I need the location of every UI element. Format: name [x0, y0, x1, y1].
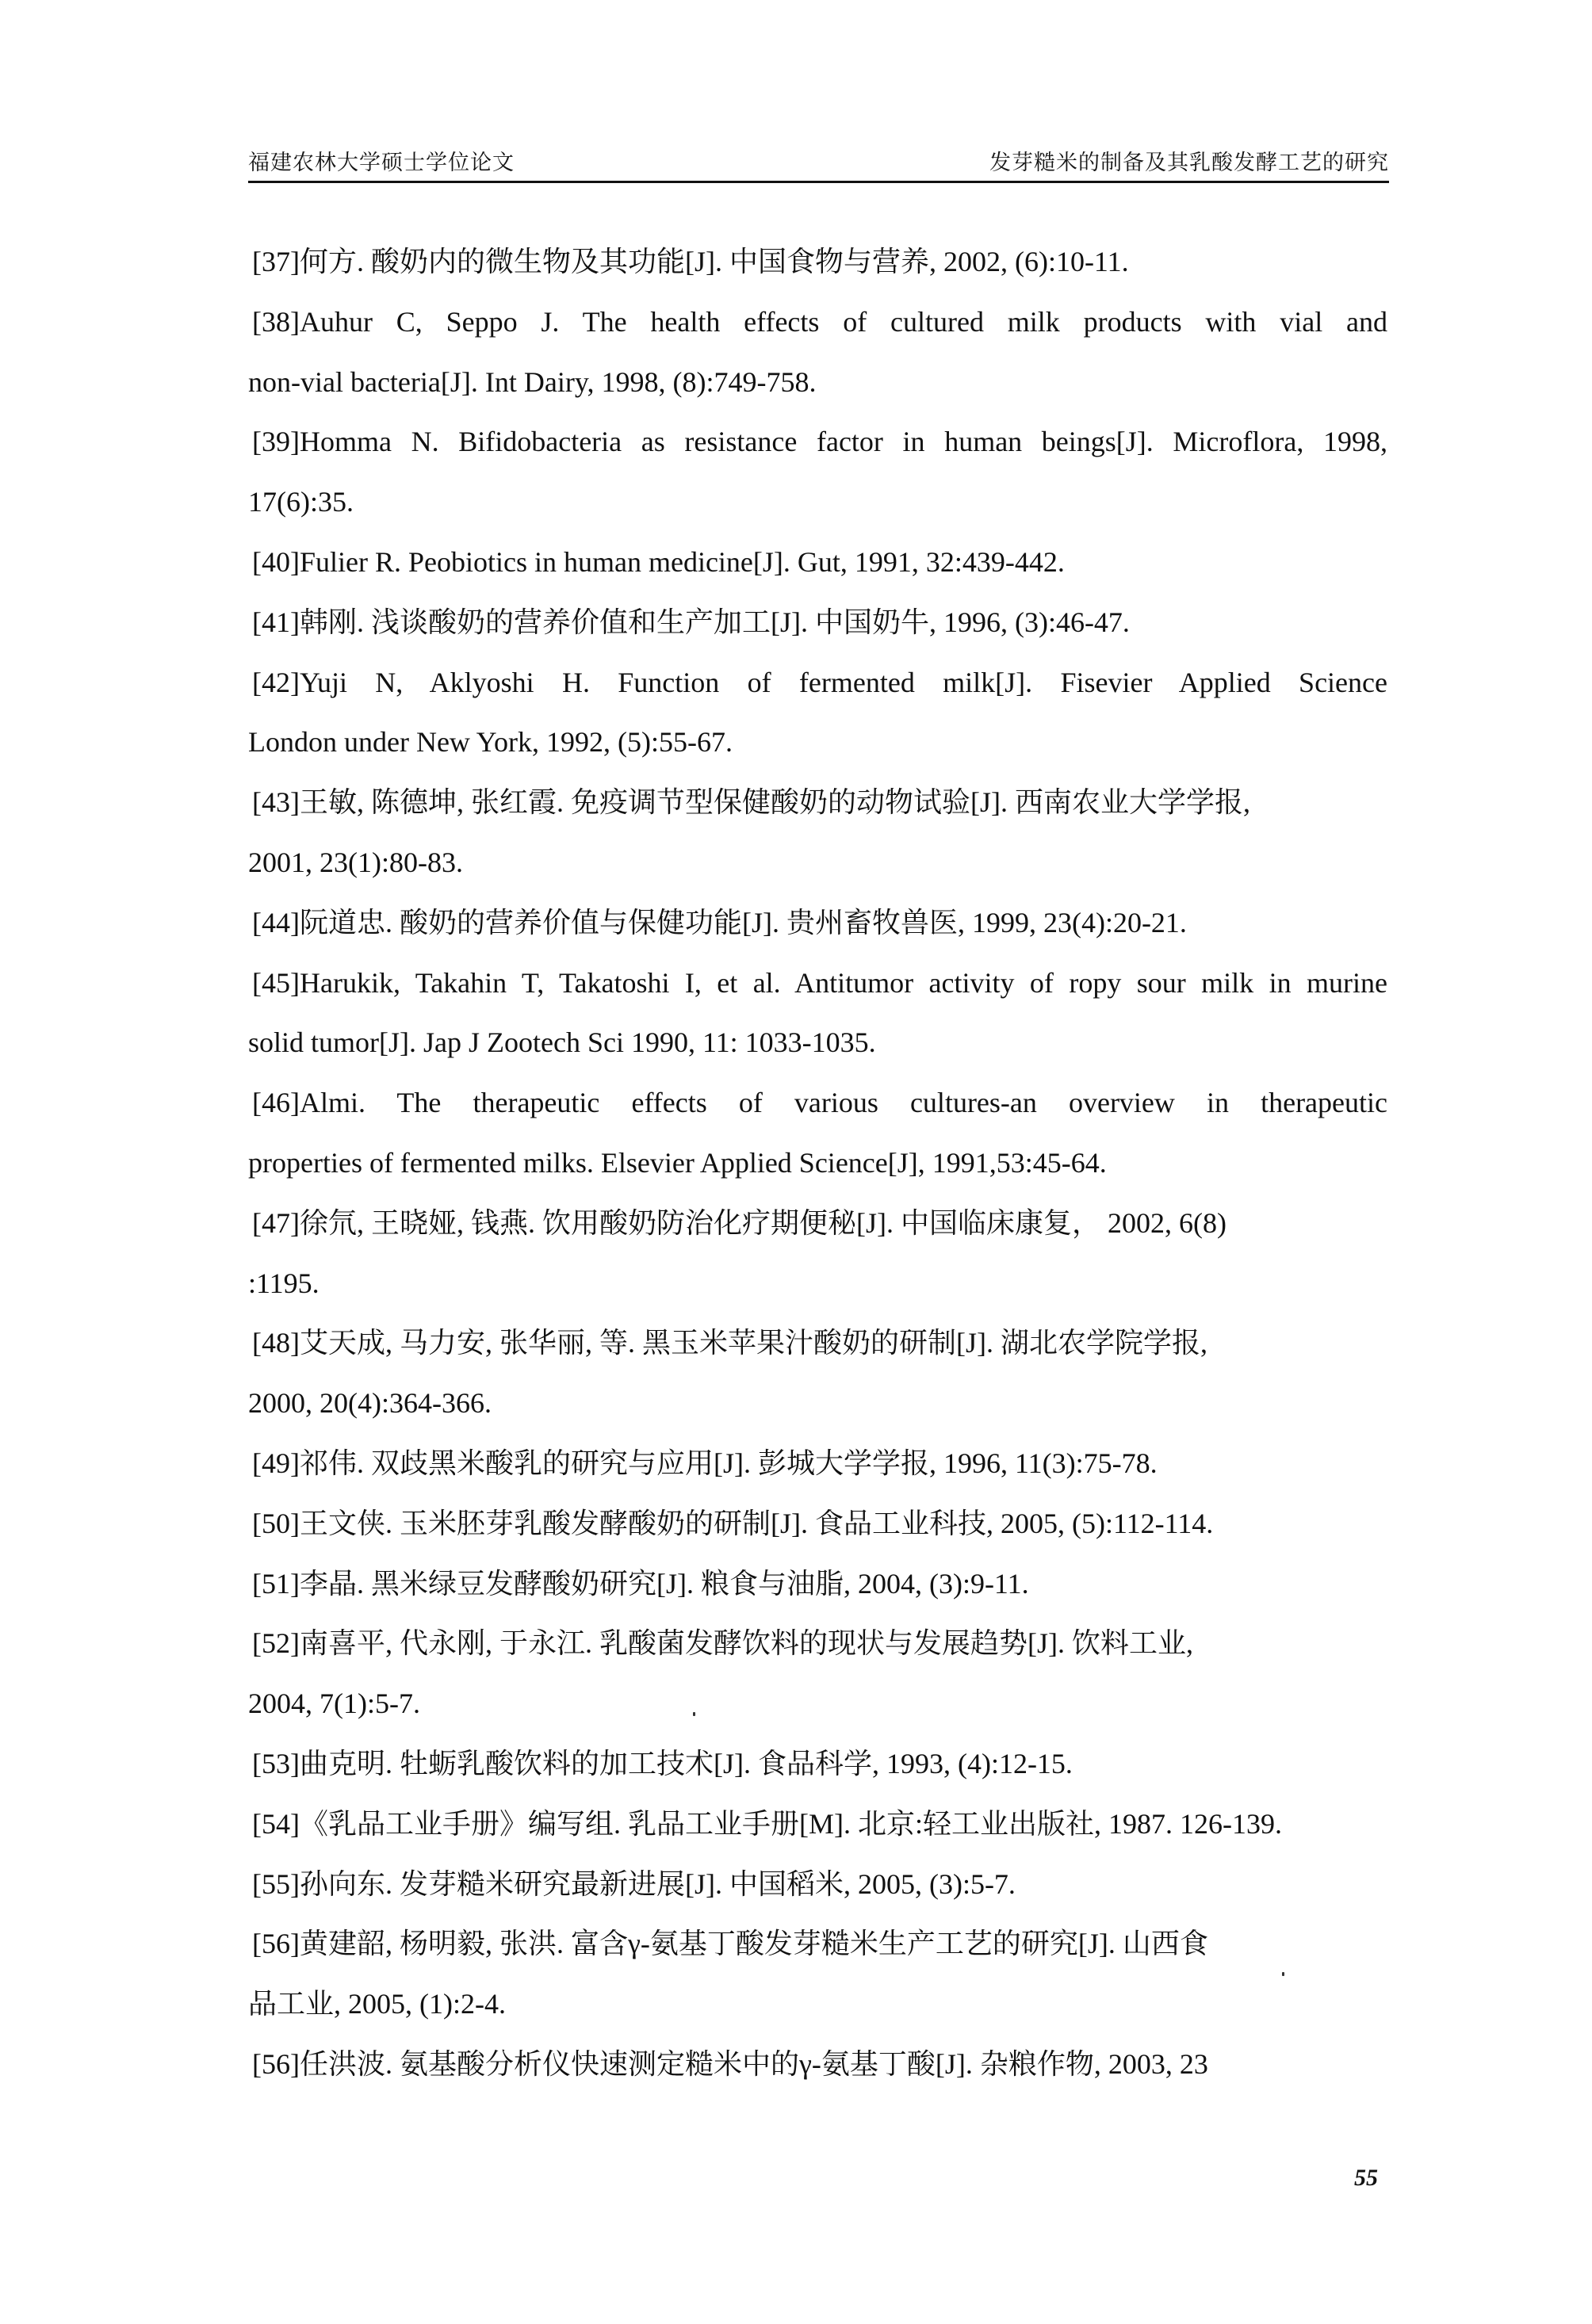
scan-speck: [1282, 1972, 1284, 1976]
reference-41: [41]韩刚. 浅谈酸奶的营养价值和生产加工[J]. 中国奶牛, 1996, (…: [252, 592, 1387, 652]
reference-list: [37]何方. 酸奶内的微生物及其功能[J]. 中国食物与营养, 2002, (…: [0, 0, 1592, 2324]
reference-45-cont: solid tumor[J]. Jap J Zootech Sci 1990, …: [248, 1012, 1383, 1072]
reference-39-cont: 17(6):35.: [248, 472, 1383, 532]
reference-44: [44]阮道忠. 酸奶的营养价值与保健功能[J]. 贵州畜牧兽医, 1999, …: [252, 893, 1387, 953]
reference-42-cont: London under New York, 1992, (5):55-67.: [248, 712, 1383, 772]
reference-50: [50]王文侠. 玉米胚芽乳酸发酵酸奶的研制[J]. 食品工业科技, 2005,…: [252, 1493, 1387, 1554]
reference-48-cont: 2000, 20(4):364-366.: [248, 1373, 1383, 1433]
reference-43: [43]王敏, 陈德坤, 张红霞. 免疫调节型保健酸奶的动物试验[J]. 西南农…: [252, 772, 1387, 832]
reference-38-cont: non-vial bacteria[J]. Int Dairy, 1998, (…: [248, 352, 1383, 412]
reference-47-cont: :1195.: [248, 1253, 1383, 1313]
reference-55: [55]孙向东. 发芽糙米研究最新进展[J]. 中国稻米, 2005, (3):…: [252, 1854, 1387, 1914]
reference-47: [47]徐氘, 王晓娅, 钱燕. 饮用酸奶防治化疗期便秘[J]. 中国临床康复，…: [252, 1193, 1387, 1253]
reference-43-cont: 2001, 23(1):80-83.: [248, 832, 1383, 893]
reference-48: [48]艾天成, 马力安, 张华丽, 等. 黑玉米苹果汁酸奶的研制[J]. 湖北…: [252, 1313, 1387, 1373]
reference-53: [53]曲克明. 牡蛎乳酸饮料的加工技术[J]. 食品科学, 1993, (4)…: [252, 1733, 1387, 1794]
reference-56b: [56]任洪波. 氨基酸分析仪快速测定糙米中的γ-氨基丁酸[J]. 杂粮作物, …: [252, 2034, 1387, 2094]
document-page: 福建农林大学硕士学位论文 发芽糙米的制备及其乳酸发酵工艺的研究 [37]何方. …: [0, 0, 1592, 2324]
scan-speck: [693, 1712, 695, 1716]
reference-49: [49]祁伟. 双歧黑米酸乳的研究与应用[J]. 彭城大学学报, 1996, 1…: [252, 1433, 1387, 1493]
reference-40: [40]Fulier R. Peobiotics in human medici…: [252, 532, 1387, 592]
reference-39: [39]Homma N. Bifidobacteria as resistanc…: [252, 411, 1387, 472]
reference-51: [51]李晶. 黑米绿豆发酵酸奶研究[J]. 粮食与油脂, 2004, (3):…: [252, 1554, 1387, 1614]
reference-45: [45]Harukik, Takahin T, Takatoshi I, et …: [252, 953, 1387, 1013]
reference-46: [46]Almi. The therapeutic effects of var…: [252, 1072, 1387, 1133]
reference-42: [42]Yuji N, Aklyoshi H. Function of ferm…: [252, 652, 1387, 713]
reference-38: [38]Auhur C, Seppo J. The health effects…: [252, 292, 1387, 352]
reference-56a: [56]黄建韶, 杨明毅, 张洪. 富含γ-氨基丁酸发芽糙米生产工艺的研究[J]…: [252, 1913, 1387, 1974]
reference-46-cont: properties of fermented milks. Elsevier …: [248, 1133, 1383, 1193]
reference-54: [54]《乳品工业手册》编写组. 乳品工业手册[M]. 北京:轻工业出版社, 1…: [252, 1794, 1387, 1854]
reference-37: [37]何方. 酸奶内的微生物及其功能[J]. 中国食物与营养, 2002, (…: [252, 231, 1387, 292]
page-number: 55: [1354, 2162, 1378, 2194]
reference-52: [52]南喜平, 代永刚, 于永江. 乳酸菌发酵饮料的现状与发展趋势[J]. 饮…: [252, 1613, 1387, 1673]
reference-56a-cont: 品工业, 2005, (1):2-4.: [248, 1974, 1383, 2034]
reference-52-cont: 2004, 7(1):5-7.: [248, 1673, 1383, 1733]
